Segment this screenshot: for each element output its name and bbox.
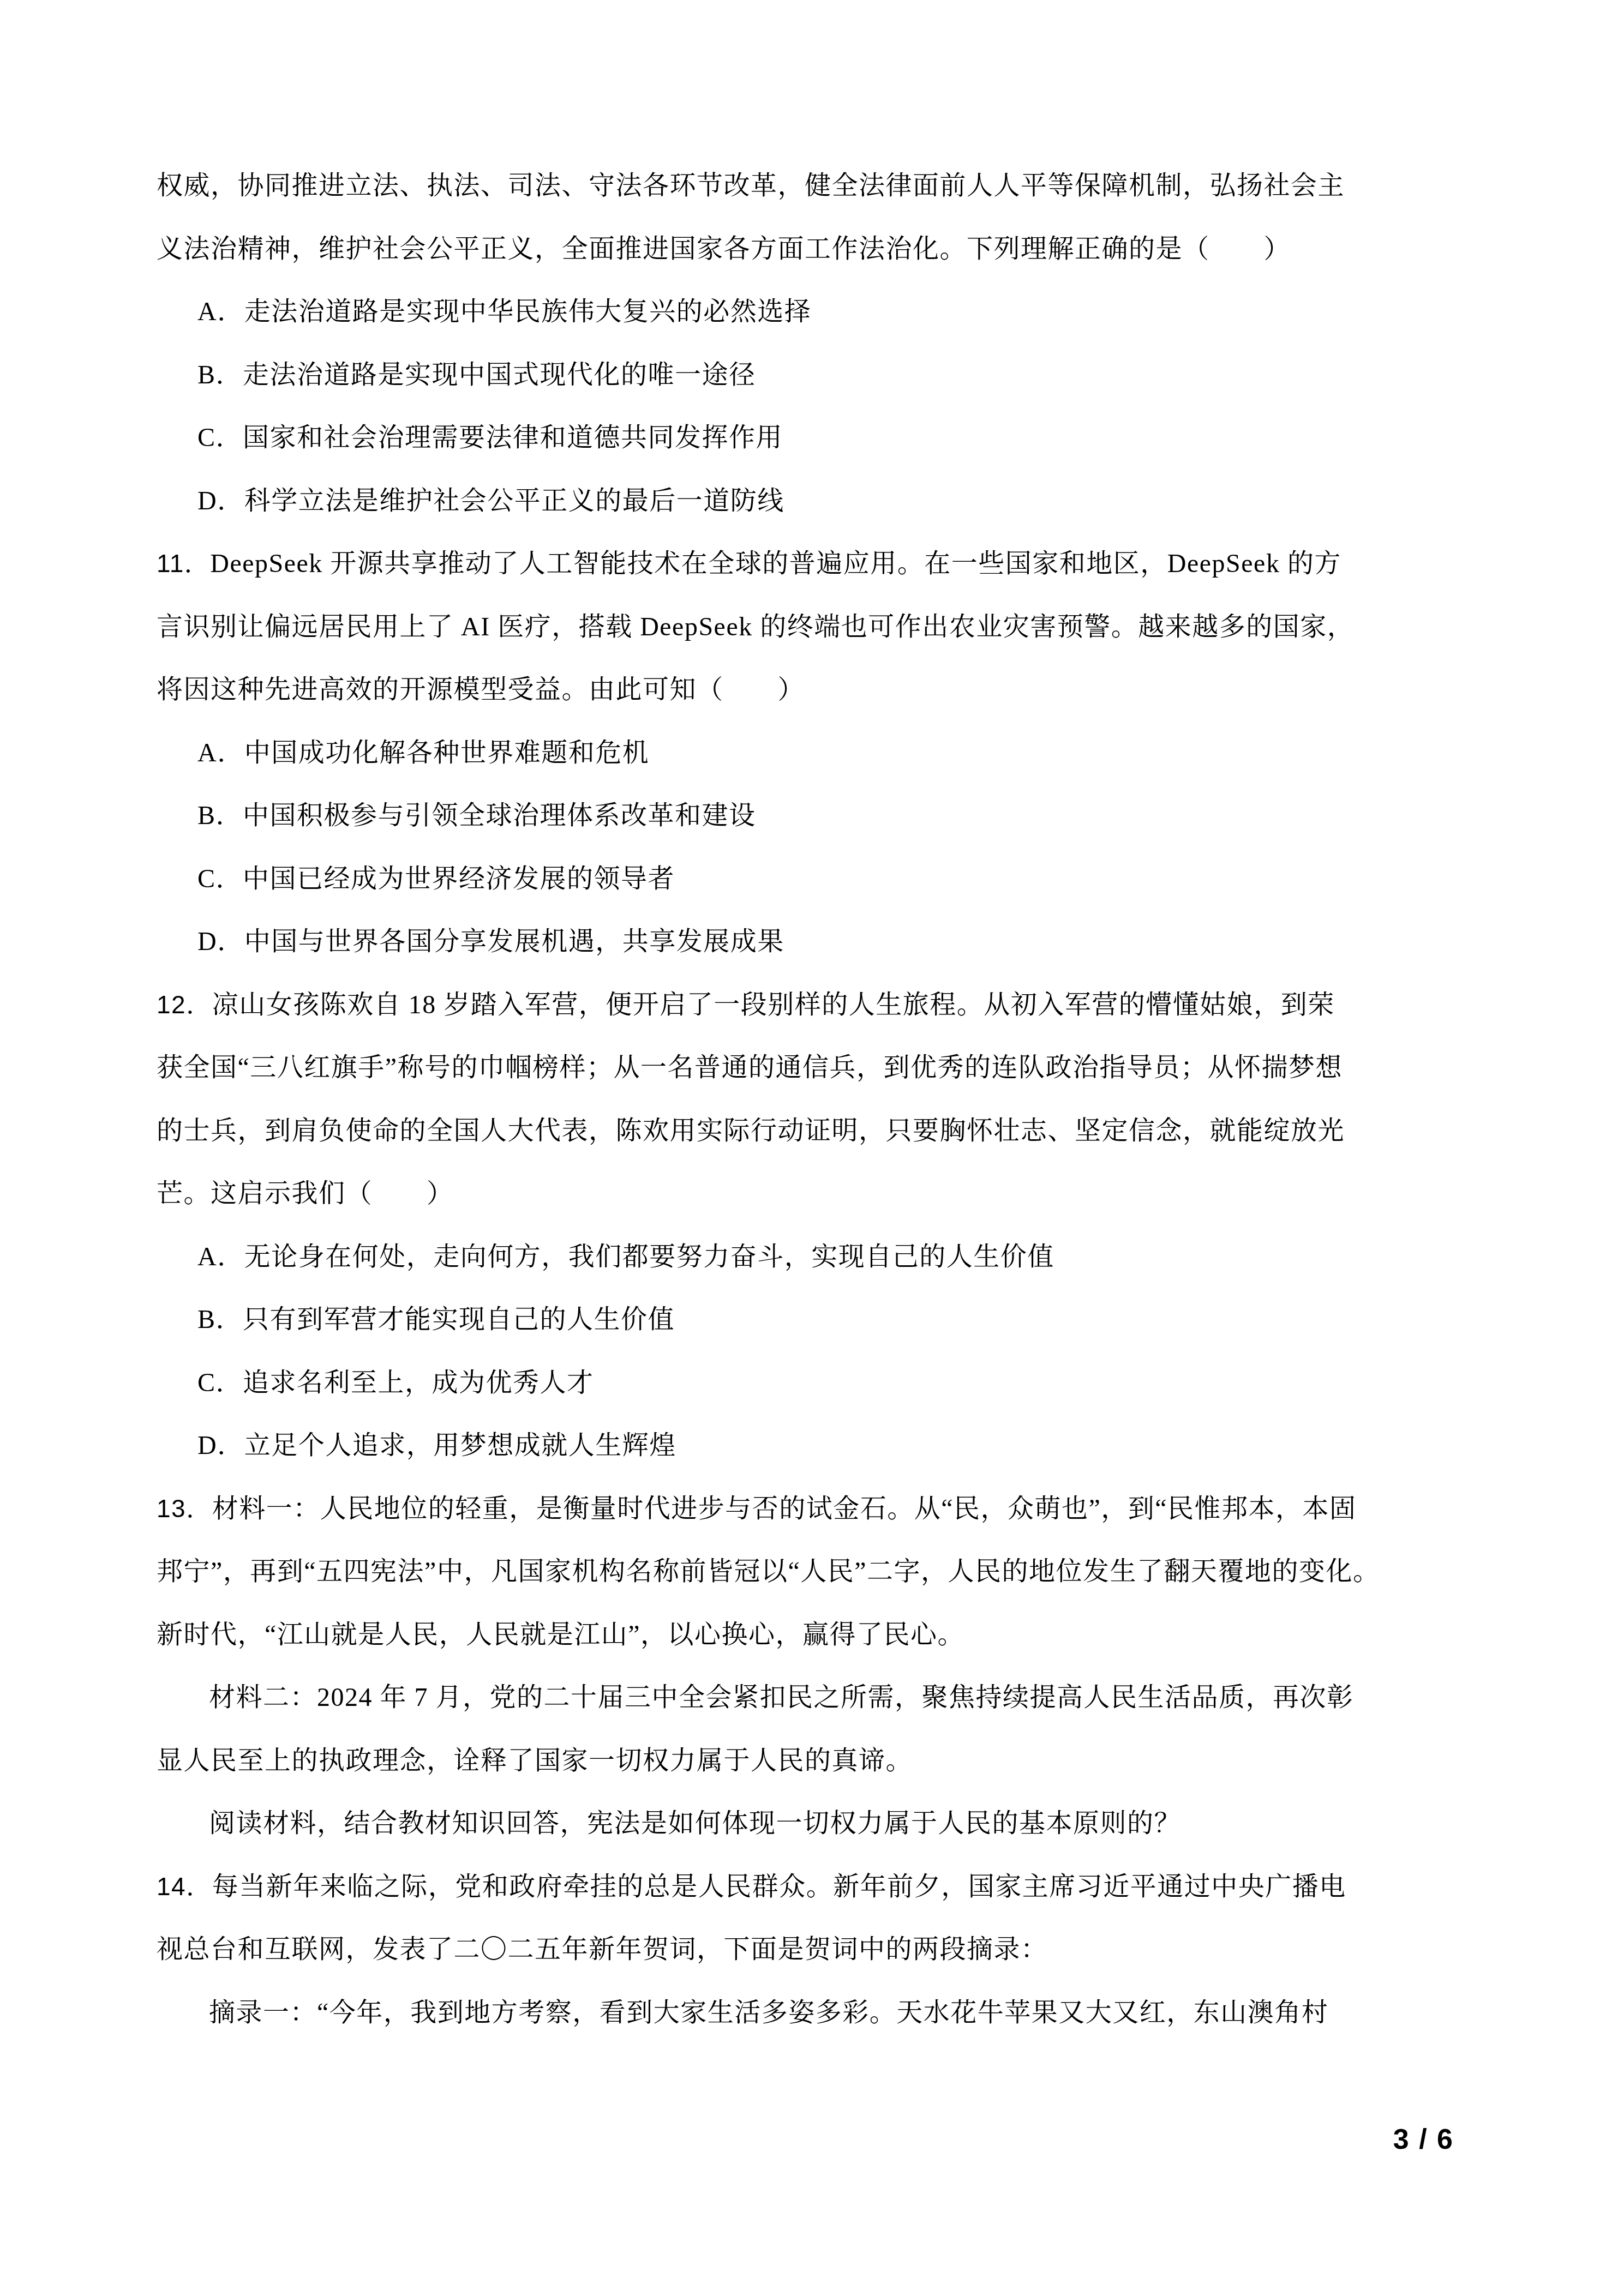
paragraph-line: 摘录一：“今年，我到地方考察，看到大家生活多姿多彩。天水花牛苹果又大又红，东山澳… [157,1981,1477,2045]
body-line: 视总台和互联网，发表了二〇二五年新年贺词，下面是贺词中的两段摘录： [157,1918,1477,1981]
question-line: 11．DeepSeek 开源共享推动了人工智能技术在全球的普遍应用。在一些国家和… [157,532,1477,596]
body-line: 的士兵，到肩负使命的全国人大代表，陈欢用实际行动证明，只要胸怀壮志、坚定信念，就… [157,1099,1477,1163]
document-text-block: 权威，协同推进立法、执法、司法、守法各环节改革，健全法律面前人人平等保障机制，弘… [157,154,1477,2044]
body-line: 权威，协同推进立法、执法、司法、守法各环节改革，健全法律面前人人平等保障机制，弘… [157,154,1477,218]
option-line: D．立足个人追求，用梦想成就人生辉煌 [157,1414,1477,1477]
question-text: 凉山女孩陈欢自 18 岁踏入军营，便开启了一段别样的人生旅程。从初入军营的懵懂姑… [212,990,1335,1019]
page-number: 3 / 6 [1393,2123,1454,2156]
option-line: D．中国与世界各国分享发展机遇，共享发展成果 [157,910,1477,973]
question-number: 12． [157,990,212,1019]
option-line: C．中国已经成为世界经济发展的领导者 [157,848,1477,911]
question-text: 每当新年来临之际，党和政府牵挂的总是人民群众。新年前夕，国家主席习近平通过中央广… [212,1872,1346,1901]
question-text: DeepSeek 开源共享推动了人工智能技术在全球的普遍应用。在一些国家和地区，… [210,549,1341,578]
question-line: 14．每当新年来临之际，党和政府牵挂的总是人民群众。新年前夕，国家主席习近平通过… [157,1855,1477,1919]
question-number: 14． [157,1872,212,1901]
body-line: 义法治精神，维护社会公平正义，全面推进国家各方面工作法治化。下列理解正确的是（ … [157,218,1477,281]
question-line: 12．凉山女孩陈欢自 18 岁踏入军营，便开启了一段别样的人生旅程。从初入军营的… [157,973,1477,1037]
body-line: 显人民至上的执政理念，诠释了国家一切权力属于人民的真谛。 [157,1729,1477,1793]
body-line: 获全国“三八红旗手”称号的巾帼榜样；从一名普通的通信兵，到优秀的连队政治指导员；… [157,1036,1477,1099]
option-line: D．科学立法是维护社会公平正义的最后一道防线 [157,470,1477,533]
body-line: 将因这种先进高效的开源模型受益。由此可知（ ） [157,658,1477,722]
question-number: 13． [157,1494,212,1523]
question-number: 11． [157,549,210,578]
question-text: 材料一：人民地位的轻重，是衡量时代进步与否的试金石。从“民，众萌也”，到“民惟邦… [212,1494,1357,1523]
option-line: B．走法治道路是实现中国式现代化的唯一途径 [157,344,1477,407]
body-line: 邦宁”，再到“五四宪法”中，凡国家机构名称前皆冠以“人民”二字，人民的地位发生了… [157,1540,1477,1603]
option-line: A．中国成功化解各种世界难题和危机 [157,722,1477,785]
option-line: C．国家和社会治理需要法律和道德共同发挥作用 [157,406,1477,470]
option-line: A．无论身在何处，走向何方，我们都要努力奋斗，实现自己的人生价值 [157,1225,1477,1289]
option-line: C．追求名利至上，成为优秀人才 [157,1351,1477,1415]
paragraph-line: 材料二：2024 年 7 月，党的二十届三中全会紧扣民之所需，聚焦持续提高人民生… [157,1666,1477,1729]
body-line: 新时代，“江山就是人民，人民就是江山”，以心换心，赢得了民心。 [157,1603,1477,1667]
body-line: 芒。这启示我们（ ） [157,1162,1477,1225]
question-line: 13．材料一：人民地位的轻重，是衡量时代进步与否的试金石。从“民，众萌也”，到“… [157,1477,1477,1541]
option-line: A．走法治道路是实现中华民族伟大复兴的必然选择 [157,280,1477,344]
option-line: B．中国积极参与引领全球治理体系改革和建设 [157,784,1477,848]
exam-paper-page: 权威，协同推进立法、执法、司法、守法各环节改革，健全法律面前人人平等保障机制，弘… [0,0,1624,2296]
option-line: B．只有到军营才能实现自己的人生价值 [157,1288,1477,1351]
paragraph-line: 阅读材料，结合教材知识回答，宪法是如何体现一切权力属于人民的基本原则的？ [157,1792,1477,1855]
body-line: 言识别让偏远居民用上了 AI 医疗，搭载 DeepSeek 的终端也可作出农业灾… [157,596,1477,659]
